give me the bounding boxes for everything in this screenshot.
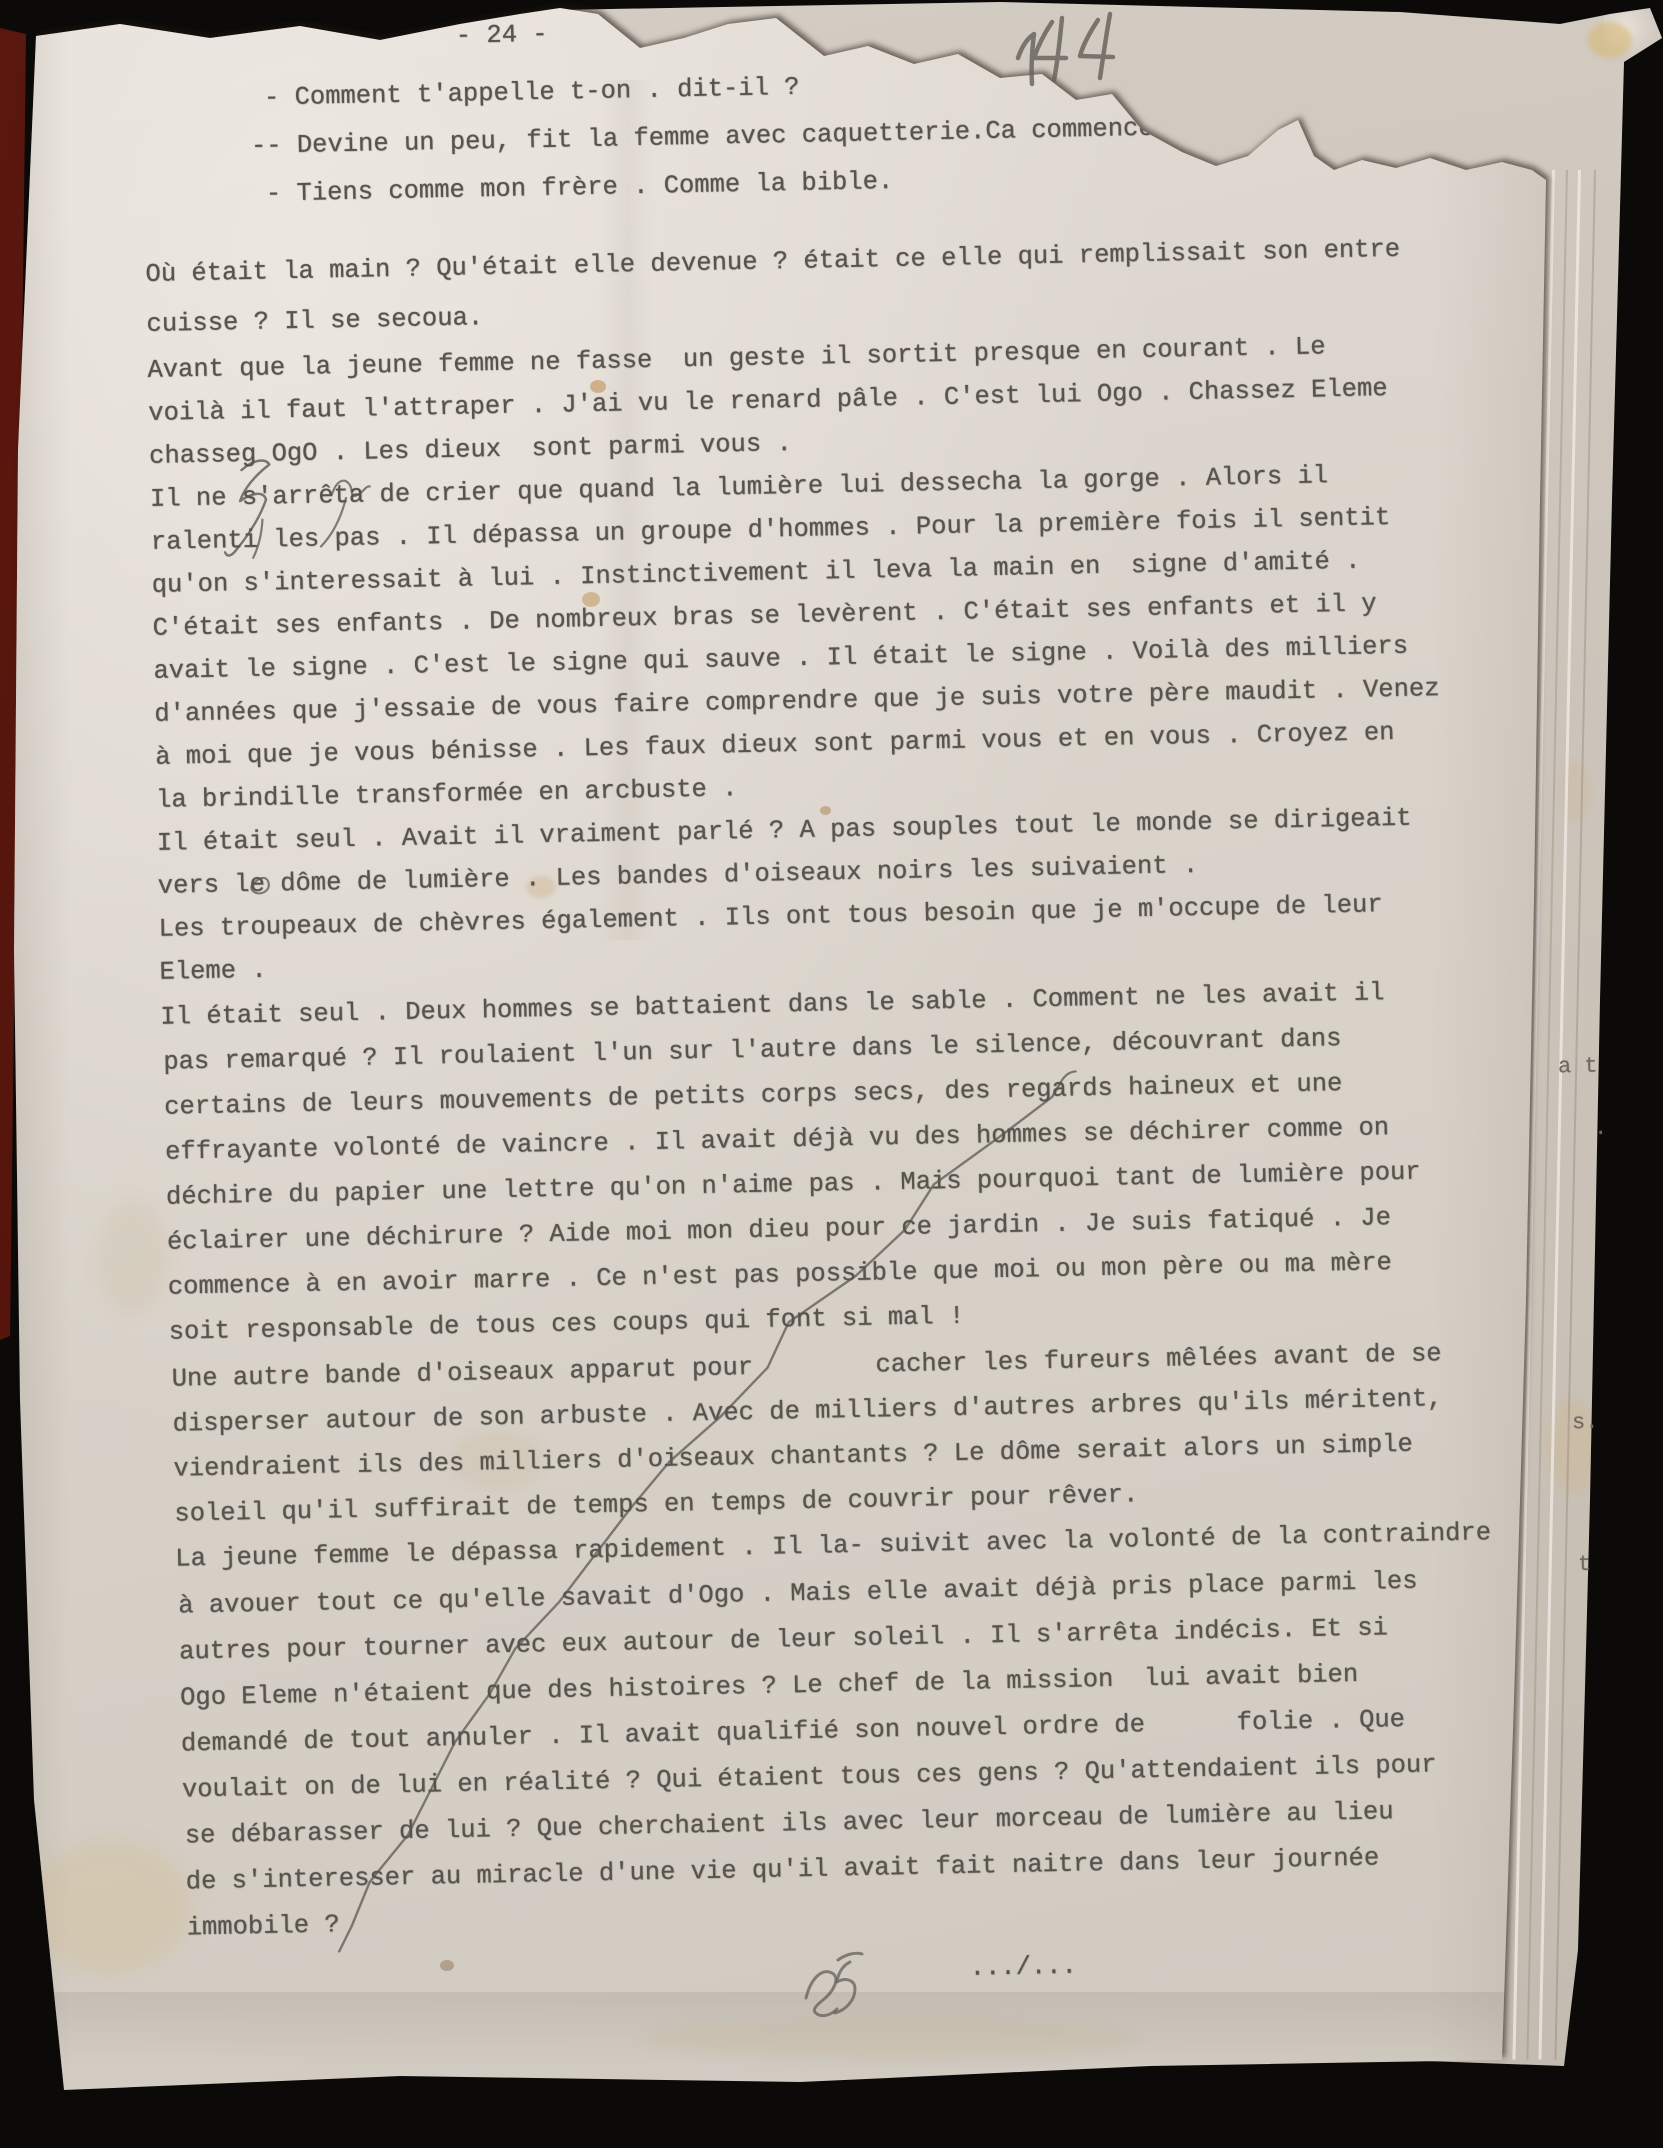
scanned-document-photo: - 24 -- Comment t'appelle t-on . dit-il …: [0, 0, 1663, 2148]
handwritten-page-number: [0, 0, 1663, 2148]
